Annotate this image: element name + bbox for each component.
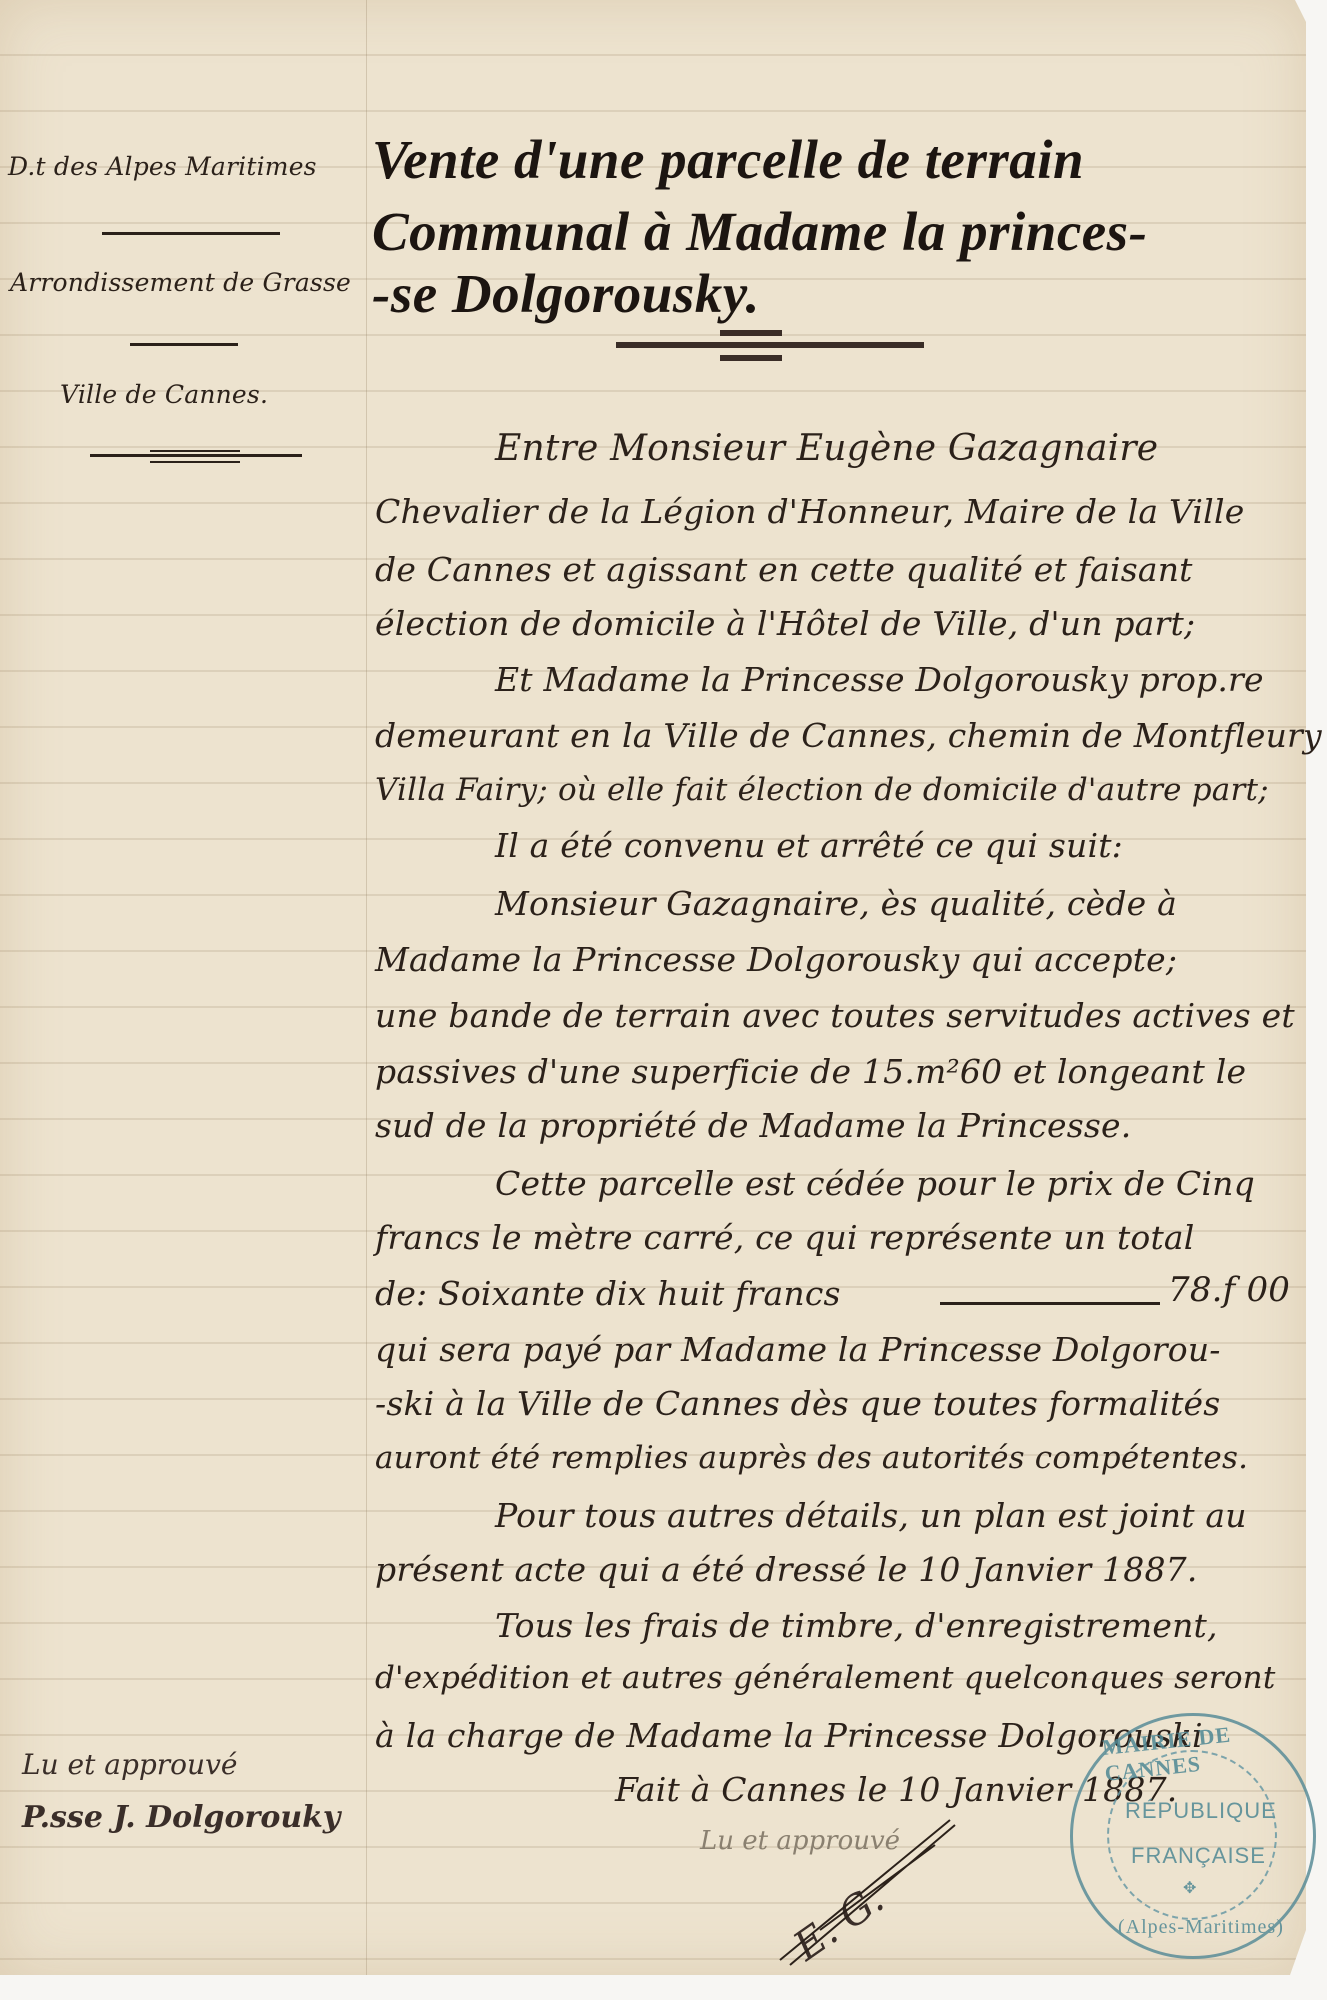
- title-line-3: -se Dolgorousky.: [372, 262, 760, 325]
- body-line: Et Madame la Princesse Dolgorousky prop.…: [495, 660, 1264, 699]
- title-line-2: Communal à Madame la princes-: [372, 200, 1147, 263]
- body-line: passives d'une superficie de 15.m²60 et …: [375, 1052, 1246, 1091]
- body-line: Pour tous autres détails, un plan est jo…: [495, 1496, 1247, 1535]
- divider: [130, 343, 238, 346]
- signature-flourish-icon: [760, 1800, 980, 1970]
- body-line: une bande de terrain avec toutes servitu…: [375, 996, 1295, 1035]
- body-line: de Cannes et agissant en cette qualité e…: [375, 550, 1193, 589]
- amount-value: 78.f 00: [1168, 1270, 1290, 1310]
- mairie-stamp: MAIRIE DE CANNES RÉPUBLIQUE FRANÇAISE ✥ …: [1070, 1713, 1316, 1959]
- body-line: sud de la propriété de Madame la Princes…: [375, 1106, 1131, 1145]
- body-line: Chevalier de la Légion d'Honneur, Maire …: [375, 492, 1244, 531]
- margin-line: [366, 0, 367, 1975]
- stamp-ornament-icon: ✥: [1183, 1878, 1196, 1898]
- body-line: Il a été convenu et arrêté ce qui suit:: [495, 826, 1123, 865]
- body-line: francs le mètre carré, ce qui représente…: [375, 1218, 1195, 1257]
- arrondissement-label: Arrondissement de Grasse: [10, 268, 351, 297]
- body-line: Tous les frais de timbre, d'enregistreme…: [495, 1606, 1218, 1645]
- title-ornament-rule: [616, 342, 924, 348]
- divider: [150, 461, 240, 463]
- divider: [102, 232, 280, 235]
- divider: [150, 450, 240, 452]
- body-line: Entre Monsieur Eugène Gazagnaire: [495, 428, 1158, 469]
- ville-label: Ville de Cannes.: [60, 380, 268, 409]
- title-ornament-rule: [720, 355, 782, 361]
- body-line: Villa Fairy; où elle fait élection de do…: [375, 772, 1269, 808]
- title-line-1: Vente d'une parcelle de terrain: [372, 128, 1084, 191]
- body-line: présent acte qui a été dressé le 10 Janv…: [375, 1550, 1198, 1589]
- body-line: de: Soixante dix huit francs: [375, 1274, 841, 1313]
- body-line: -ski à la Ville de Cannes dès que toutes…: [375, 1384, 1220, 1423]
- body-line: demeurant en la Ville de Cannes, chemin …: [375, 716, 1322, 755]
- left-approval: Lu et approuvé: [22, 1748, 237, 1781]
- body-line: élection de domicile à l'Hôtel de Ville,…: [375, 604, 1195, 643]
- department-label: D.t des Alpes Maritimes: [8, 152, 317, 181]
- stamp-center-line-2: FRANÇAISE: [1131, 1843, 1266, 1869]
- body-line: Cette parcelle est cédée pour le prix de…: [495, 1164, 1255, 1203]
- divider: [90, 454, 302, 457]
- body-line: qui sera payé par Madame la Princesse Do…: [375, 1330, 1221, 1369]
- body-line: d'expédition et autres généralement quel…: [375, 1660, 1276, 1696]
- body-line: à la charge de Madame la Princesse Dolgo…: [375, 1716, 1203, 1755]
- princess-signature: P.sse J. Dolgorouky: [22, 1800, 340, 1835]
- stamp-center-line-1: RÉPUBLIQUE: [1125, 1798, 1277, 1824]
- body-line: Madame la Princesse Dolgorousky qui acce…: [375, 940, 1177, 979]
- amount-fill-line: [940, 1302, 1160, 1305]
- body-line: Monsieur Gazagnaire, ès qualité, cède à: [495, 884, 1177, 923]
- title-ornament-rule: [720, 330, 782, 336]
- stamp-ring-bottom: (Alpes-Maritimes): [1118, 1916, 1284, 1939]
- body-line: auront été remplies auprès des autorités…: [375, 1440, 1248, 1476]
